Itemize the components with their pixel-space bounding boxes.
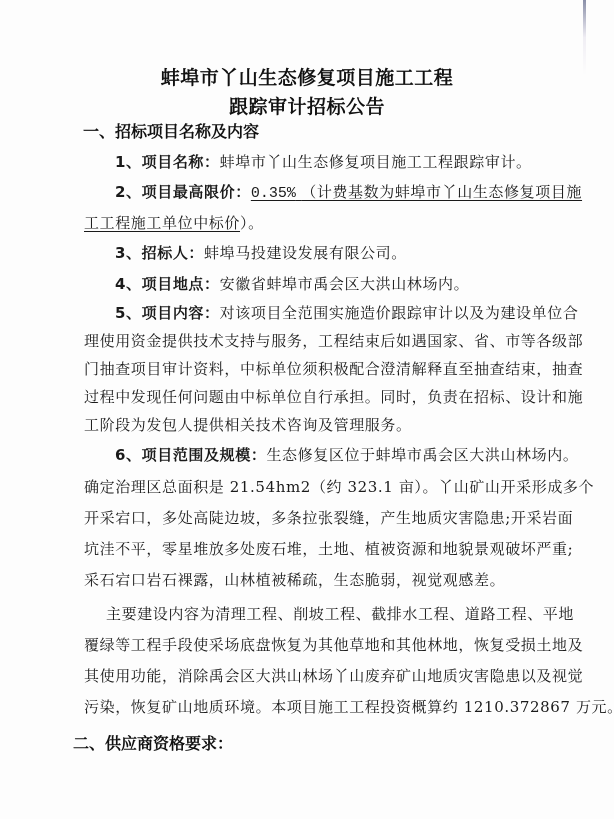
price-basis-text: （计费基数为蚌埠市丫山生态修复项目施 [301, 183, 582, 201]
item-tenderer: 3、招标人：蚌埠马投建设发展有限公司。 [115, 242, 575, 263]
section-1-heading: 一、招标项目名称及内容 [83, 119, 259, 142]
item-scope-line: 采石宕口岩石裸露，山林植被稀疏，生态脆弱，视觉观感差。 [84, 569, 544, 590]
max-price-value: 0.35% [251, 185, 296, 202]
item-label: 5、项目内容： [115, 304, 220, 322]
item-max-price-cont: 工工程施工单位中标价）。 [84, 212, 544, 233]
item-value: 安徽省蚌埠市禹会区大洪山林场内。 [220, 275, 470, 293]
item-content-line: 工阶段为发包人提供相关技术咨询及管理服务。 [84, 414, 544, 435]
item-label: 1、项目名称： [115, 153, 220, 171]
document-page: 蚌埠市丫山生态修复项目施工工程 跟踪审计招标公告 一、招标项目名称及内容 1、项… [0, 0, 614, 819]
price-basis-end: ）。 [240, 214, 264, 232]
main-content-line: 污染，恢复矿山地质环境。本项目施工工程投资概算约 1210.372867 万元。 [84, 696, 544, 717]
item-content-line: 过程中发现任何问题由中标单位自行承担。同时，负责在招标、设计和施 [84, 386, 544, 407]
item-text: 对该项目全范围实施造价跟踪审计以及为建设单位合 [220, 304, 579, 322]
item-value: 蚌埠马投建设发展有限公司。 [204, 244, 407, 262]
item-content: 5、项目内容：对该项目全范围实施造价跟踪审计以及为建设单位合 [115, 302, 575, 323]
item-scope: 6、项目范围及规模：生态修复区位于蚌埠市禹会区大洪山林场内。 [115, 444, 575, 465]
item-scope-line: 确定治理区总面积是 21.54hm2（约 323.1 亩）。丫山矿山开采形成多个 [84, 476, 544, 497]
item-label: 6、项目范围及规模： [115, 446, 266, 464]
item-scope-line: 开采宕口，多处高陡边坡，多条拉张裂缝，产生地质灾害隐患;开采岩面 [84, 507, 544, 528]
item-text: 生态修复区位于蚌埠市禹会区大洪山林场内。 [266, 446, 578, 464]
main-content-line: 覆绿等工程手段使采场底盘恢复为其他草地和其他林地，恢复受损土地及 [84, 634, 544, 655]
item-location: 4、项目地点：安徽省蚌埠市禹会区大洪山林场内。 [115, 273, 575, 294]
item-project-name: 1、项目名称：蚌埠市丫山生态修复项目施工工程跟踪审计。 [115, 151, 575, 172]
item-label: 4、项目地点： [115, 275, 220, 293]
main-content-line: 主要建设内容为清理工程、削坡工程、截排水工程、道路工程、平地 [106, 603, 566, 624]
item-content-line: 理使用资金提供技术支持与服务，工程结束后如遇国家、省、市等各级部 [84, 330, 544, 351]
main-content-line: 其使用功能，消除禹会区大洪山林场丫山废弃矿山地质灾害隐患以及视觉 [84, 665, 544, 686]
section-2-heading: 二、供应商资格要求： [73, 731, 233, 754]
item-label: 2、项目最高限价： [115, 183, 251, 201]
document-title-line-2: 跟踪审计招标公告 [0, 92, 614, 119]
item-value: 蚌埠市丫山生态修复项目施工工程跟踪审计。 [220, 153, 532, 171]
item-max-price: 2、项目最高限价：0.35% （计费基数为蚌埠市丫山生态修复项目施 [115, 181, 575, 202]
price-basis-text-cont: 工工程施工单位中标价 [84, 214, 240, 232]
item-scope-line: 坑洼不平，零星堆放多处废石堆，土地、植被资源和地貌景观破坏严重; [84, 538, 544, 559]
document-title-line-1: 蚌埠市丫山生态修复项目施工工程 [0, 63, 614, 90]
item-label: 3、招标人： [115, 244, 204, 262]
item-content-line: 门抽查项目审计资料，中标单位须积极配合澄清解释直至抽查结束，抽查 [84, 358, 544, 379]
